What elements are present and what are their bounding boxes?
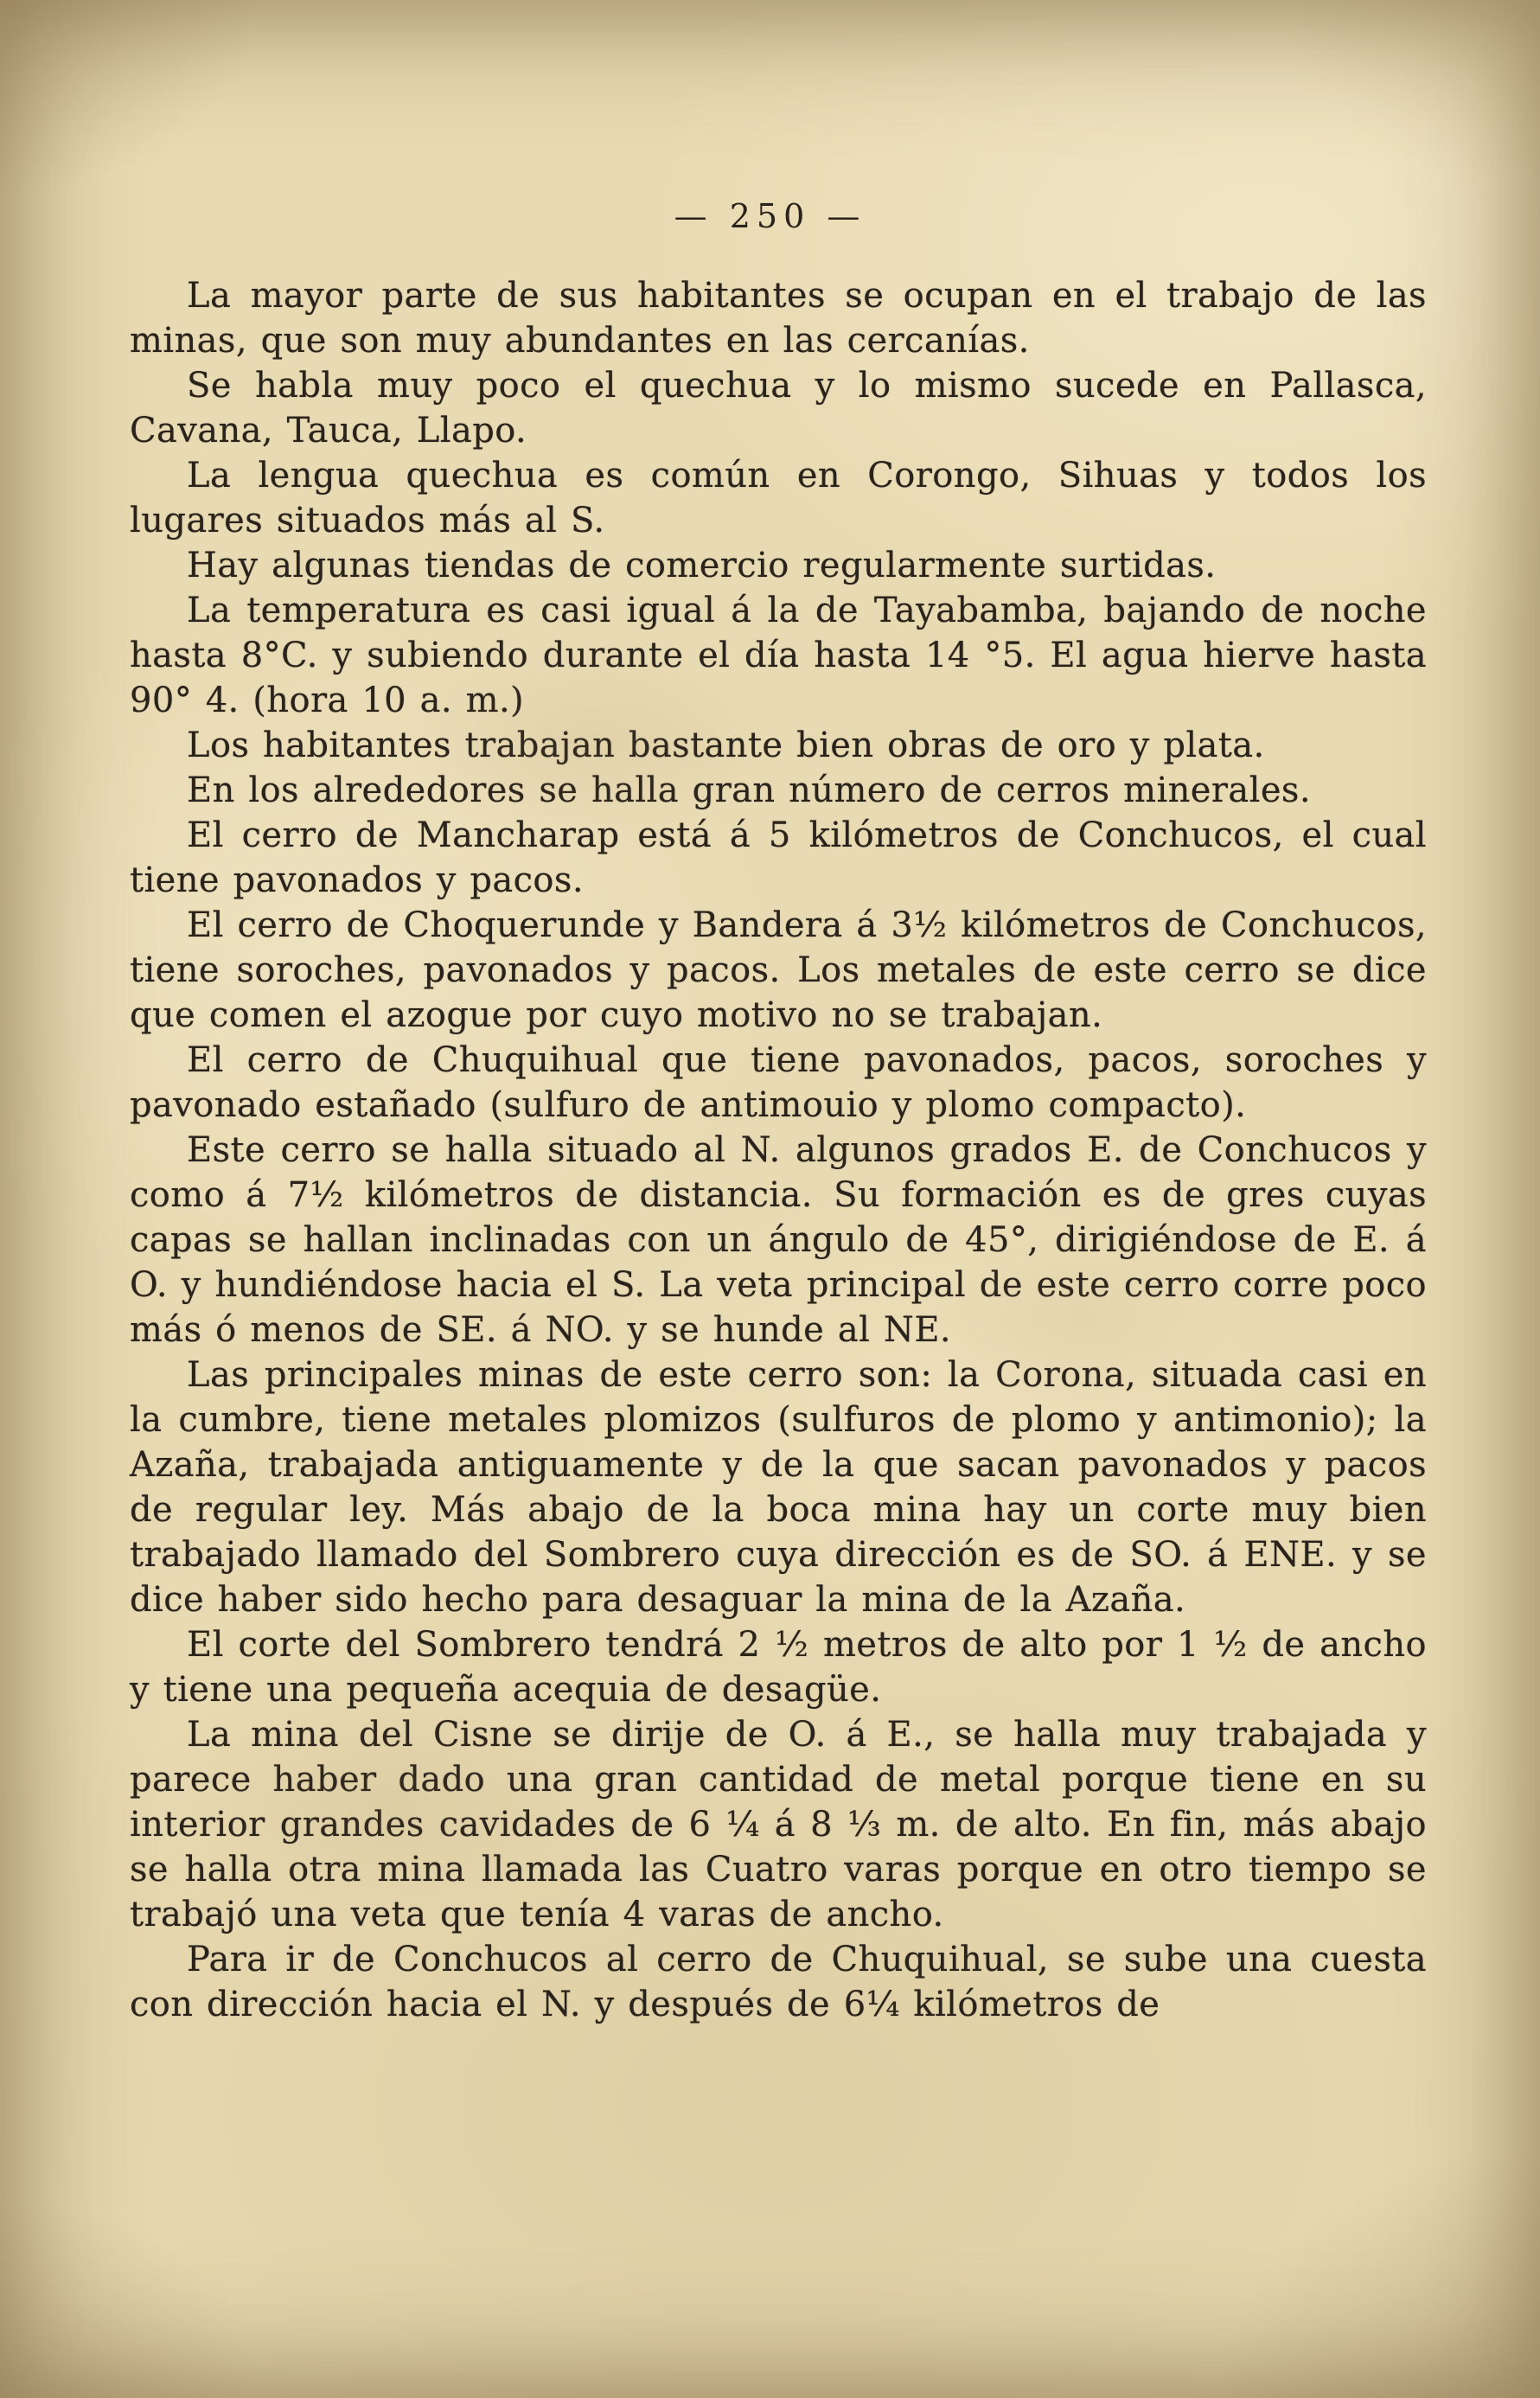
paragraph-cerros-minerales: En los alrededores se halla gran número … bbox=[130, 768, 1427, 813]
paragraph-camino-chuquihual: Para ir de Conchucos al cerro de Chuquih… bbox=[130, 1937, 1427, 2027]
paragraph-tiendas: Hay algunas tiendas de comercio regularm… bbox=[130, 543, 1427, 588]
paragraph-lengua-quechua: La lengua quechua es común en Corongo, S… bbox=[130, 453, 1427, 543]
paragraph-formacion-gres: Este cerro se halla situado al N. alguno… bbox=[130, 1128, 1427, 1352]
paragraph-cerro-choquerunde: El cerro de Choquerunde y Bandera á 3½ k… bbox=[130, 903, 1427, 1038]
paragraph-temperatura: La temperatura es casi igual á la de Tay… bbox=[130, 588, 1427, 723]
paragraph-corte-sombrero: El corte del Sombrero tendrá 2 ½ metros … bbox=[130, 1622, 1427, 1712]
book-page: — 250 — La mayor parte de sus habitantes… bbox=[0, 0, 1540, 2398]
paragraph-cerro-chuquihual: El cerro de Chuquihual que tiene pavonad… bbox=[130, 1038, 1427, 1128]
paragraph-habitantes-minas: La mayor parte de sus habitantes se ocup… bbox=[130, 273, 1427, 363]
paragraph-cerro-mancharap: El cerro de Mancharap está á 5 kilómetro… bbox=[130, 813, 1427, 903]
page-number: — 250 — bbox=[0, 197, 1540, 235]
paragraph-minas-corona-azana: Las principales minas de este cerro son:… bbox=[130, 1352, 1427, 1622]
paragraph-obras-oro-plata: Los habitantes trabajan bastante bien ob… bbox=[130, 723, 1427, 768]
text-block: La mayor parte de sus habitantes se ocup… bbox=[130, 273, 1427, 2027]
paragraph-quechua-pallasca: Se habla muy poco el quechua y lo mismo … bbox=[130, 363, 1427, 453]
paragraph-mina-cisne: La mina del Cisne se dirije de O. á E., … bbox=[130, 1712, 1427, 1937]
